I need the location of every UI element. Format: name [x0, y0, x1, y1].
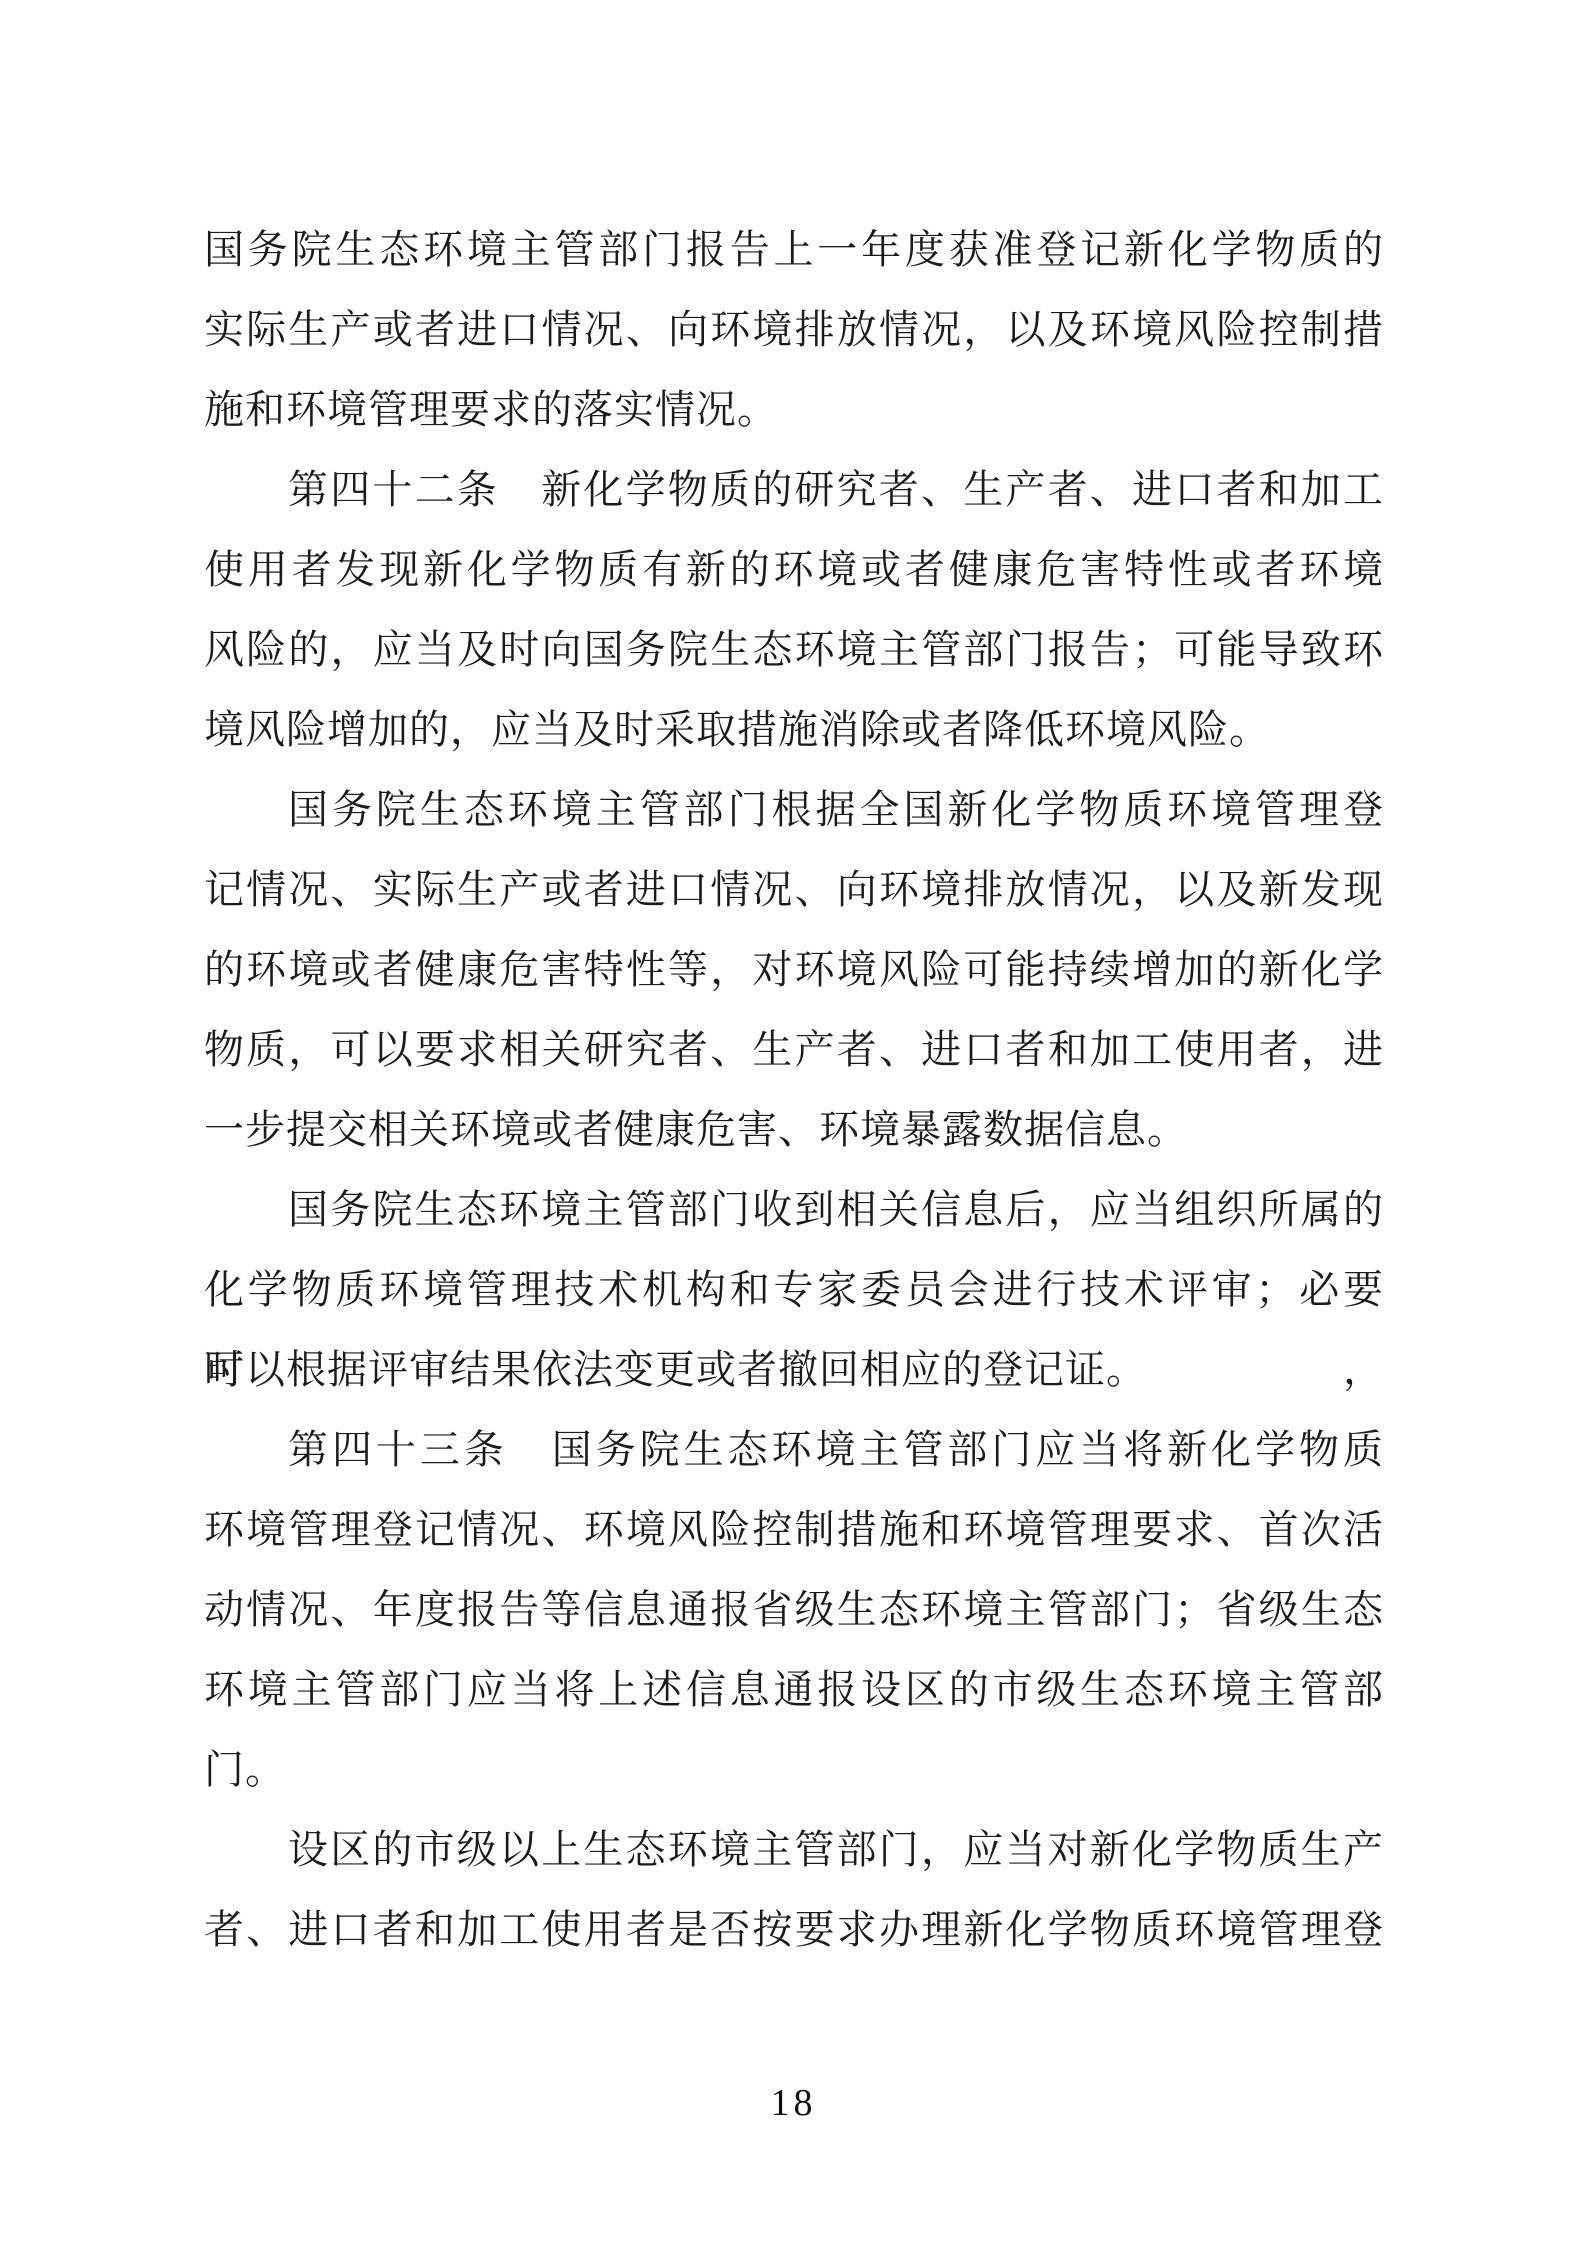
- text-line: 风险的，应当及时向国务院生态环境主管部门报告；可能导致环: [204, 610, 1384, 690]
- text-line: 国务院生态环境主管部门报告上一年度获准登记新化学物质的: [204, 210, 1384, 290]
- text-line: 物质，可以要求相关研究者、生产者、进口者和加工使用者，进: [204, 1010, 1384, 1090]
- text-line: 的环境或者健康危害特性等，对环境风险可能持续增加的新化学: [204, 930, 1384, 1010]
- text-line: 国务院生态环境主管部门根据全国新化学物质环境管理登: [204, 770, 1384, 850]
- text-line: 第四十二条 新化学物质的研究者、生产者、进口者和加工: [204, 450, 1384, 530]
- text-line: 设区的市级以上生态环境主管部门，应当对新化学物质生产: [204, 1810, 1384, 1890]
- text-line: 实际生产或者进口情况、向环境排放情况，以及环境风险控制措: [204, 290, 1384, 370]
- document-page: 国务院生态环境主管部门报告上一年度获准登记新化学物质的 实际生产或者进口情况、向…: [0, 0, 1587, 2245]
- text-line: 者、进口者和加工使用者是否按要求办理新化学物质环境管理登: [204, 1890, 1384, 1970]
- text-line: 化学物质环境管理技术机构和专家委员会进行技术评审；必要时，: [204, 1250, 1384, 1330]
- text-line: 动情况、年度报告等信息通报省级生态环境主管部门；省级生态: [204, 1570, 1384, 1650]
- text-line: 一步提交相关环境或者健康危害、环境暴露数据信息。: [204, 1090, 1384, 1170]
- text-line: 施和环境管理要求的落实情况。: [204, 370, 1384, 450]
- text-line: 使用者发现新化学物质有新的环境或者健康危害特性或者环境: [204, 530, 1384, 610]
- text-line: 记情况、实际生产或者进口情况、向环境排放情况，以及新发现: [204, 850, 1384, 930]
- text-line: 环境管理登记情况、环境风险控制措施和环境管理要求、首次活: [204, 1490, 1384, 1570]
- page-number: 18: [0, 2078, 1587, 2128]
- text-line: 门。: [204, 1730, 1384, 1810]
- text-line: 境风险增加的，应当及时采取措施消除或者降低环境风险。: [204, 690, 1384, 770]
- text-line: 第四十三条 国务院生态环境主管部门应当将新化学物质: [204, 1410, 1384, 1490]
- document-body: 国务院生态环境主管部门报告上一年度获准登记新化学物质的 实际生产或者进口情况、向…: [204, 210, 1384, 1970]
- text-line: 环境主管部门应当将上述信息通报设区的市级生态环境主管部: [204, 1650, 1384, 1730]
- text-line: 国务院生态环境主管部门收到相关信息后，应当组织所属的: [204, 1170, 1384, 1250]
